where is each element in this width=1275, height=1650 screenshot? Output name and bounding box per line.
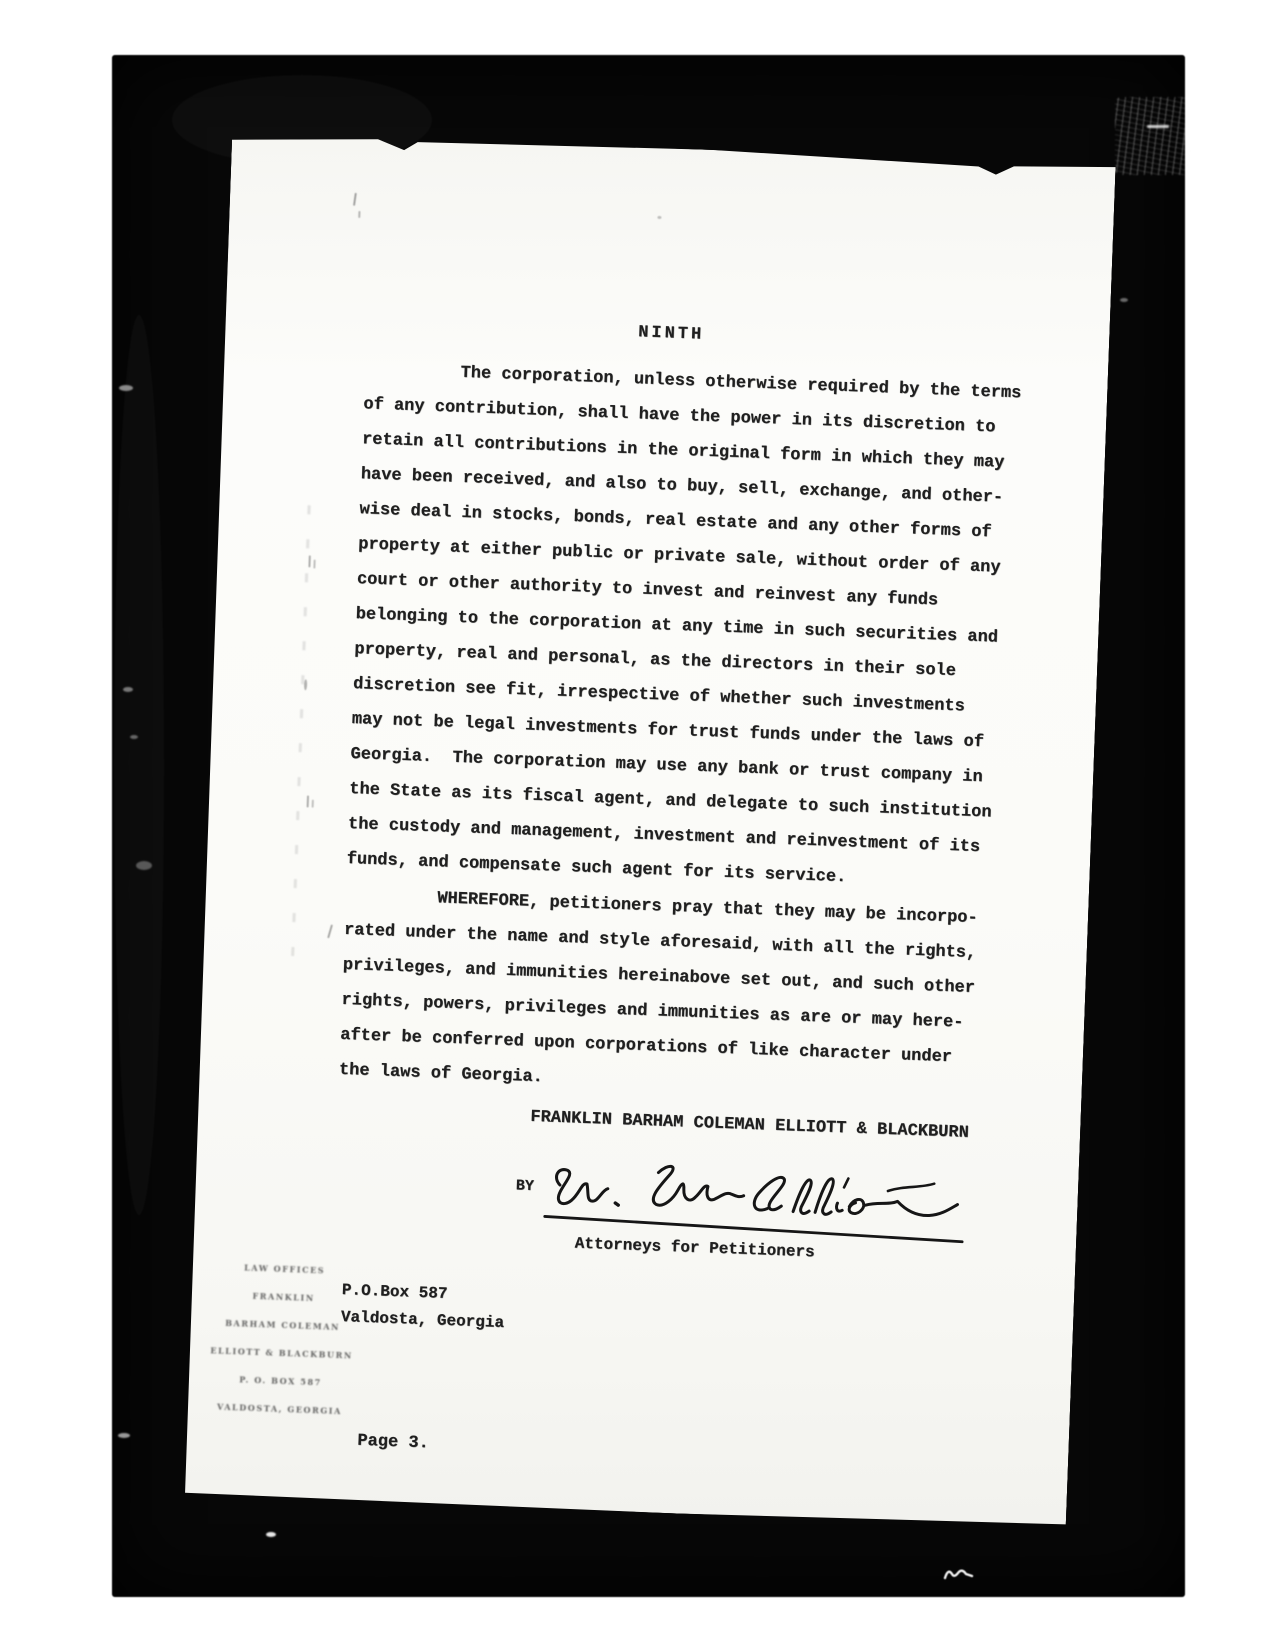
paper-smudge <box>304 679 307 690</box>
scan-scratch-artifact <box>1115 97 1191 175</box>
text-line: VALDOSTA, GEORGIA <box>189 1392 370 1427</box>
scan-speck <box>266 1532 276 1537</box>
law-office-stamp: LAW OFFICESFRANKLINBARHAM COLEMANELLIOTT… <box>189 1252 375 1426</box>
document-paper: NINTH The corporation, unless otherwise … <box>182 132 1115 1527</box>
paper-smudge <box>353 193 357 206</box>
firm-name-line: FRANKLIN BARHAM COLEMAN ELLIOTT & BLACKB… <box>530 1108 969 1143</box>
paper-crease <box>291 505 311 965</box>
paper-smudge <box>307 795 309 807</box>
scan-speck <box>130 735 138 739</box>
scan-squiggle-artifact <box>942 1565 978 1583</box>
page-number-label: Page 3. <box>357 1432 429 1454</box>
paper-smudge <box>308 555 310 567</box>
scan-speck <box>123 687 133 692</box>
scan-speck <box>1120 298 1128 302</box>
paper-smudge <box>313 560 315 569</box>
scan-speck <box>118 1433 130 1438</box>
scan-scratch-artifact <box>1147 125 1169 128</box>
paper-smudge <box>358 211 360 218</box>
body-paragraph-2: WHEREFORE, petitioners pray that they ma… <box>338 878 1025 1113</box>
scan-haze <box>114 315 164 1215</box>
scan-speck <box>136 861 152 870</box>
section-heading: NINTH <box>356 313 986 355</box>
scan-speck <box>119 385 133 391</box>
body-paragraph-1: The corporation, unless otherwise requir… <box>346 352 1045 902</box>
scanned-page: NINTH The corporation, unless otherwise … <box>0 0 1275 1650</box>
paper-smudge <box>327 924 333 938</box>
paper-smudge <box>312 800 314 808</box>
paper-smudge <box>657 216 661 219</box>
by-label: BY <box>516 1177 535 1195</box>
